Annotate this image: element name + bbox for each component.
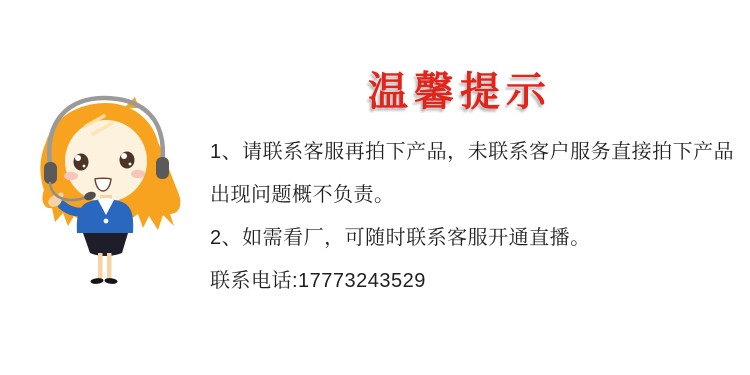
page-title: 温馨提示 [368, 70, 552, 114]
customer-service-girl-illustration [25, 90, 195, 295]
promo-banner: 温馨提示 1、请联系客服再拍下产品，未联系客户服务直接拍下产品 出现问题概不负责… [0, 0, 750, 375]
notice-line-3: 2、如需看厂，可随时联系客服开通直播。 [210, 217, 734, 260]
mascot-left-leg [98, 253, 103, 279]
right-eye-highlight [121, 153, 127, 159]
left-eye-highlight [75, 155, 81, 161]
mascot-right-leg [107, 253, 112, 279]
mascot-right-shoe [104, 278, 118, 285]
right-blush [131, 170, 145, 178]
left-blush [64, 172, 78, 180]
notice-line-2: 出现问题概不负责。 [210, 174, 734, 217]
headset-left-earcup-icon [44, 162, 57, 184]
mascot-button [104, 219, 109, 224]
mascot-skirt [83, 233, 128, 256]
notice-text-block: 1、请联系客服再拍下产品，未联系客户服务直接拍下产品 出现问题概不负责。 2、如… [210, 131, 734, 303]
mascot-group [40, 97, 180, 284]
headset-right-earcup-icon [156, 157, 169, 179]
left-eye-glint [83, 165, 86, 168]
contact-phone-line: 联系电话:17773243529 [210, 260, 734, 303]
right-eye-glint [129, 163, 132, 166]
notice-line-1: 1、请联系客服再拍下产品，未联系客户服务直接拍下产品 [210, 131, 734, 174]
